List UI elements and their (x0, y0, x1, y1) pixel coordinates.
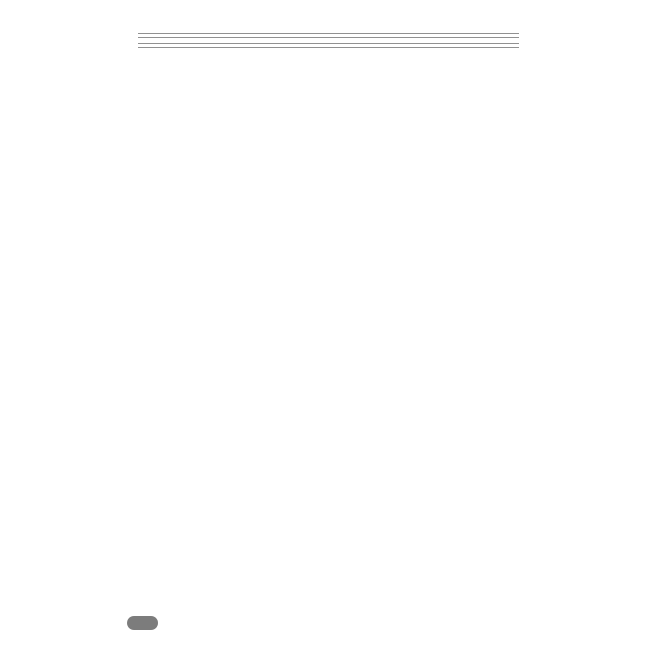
header-rule-bottom (135, 43, 522, 48)
double-rule (138, 33, 519, 38)
toc-header (135, 33, 522, 48)
header-rule-top (135, 33, 522, 38)
double-rule (138, 43, 519, 48)
toc-page (0, 0, 650, 650)
page-number-pill (127, 616, 158, 630)
